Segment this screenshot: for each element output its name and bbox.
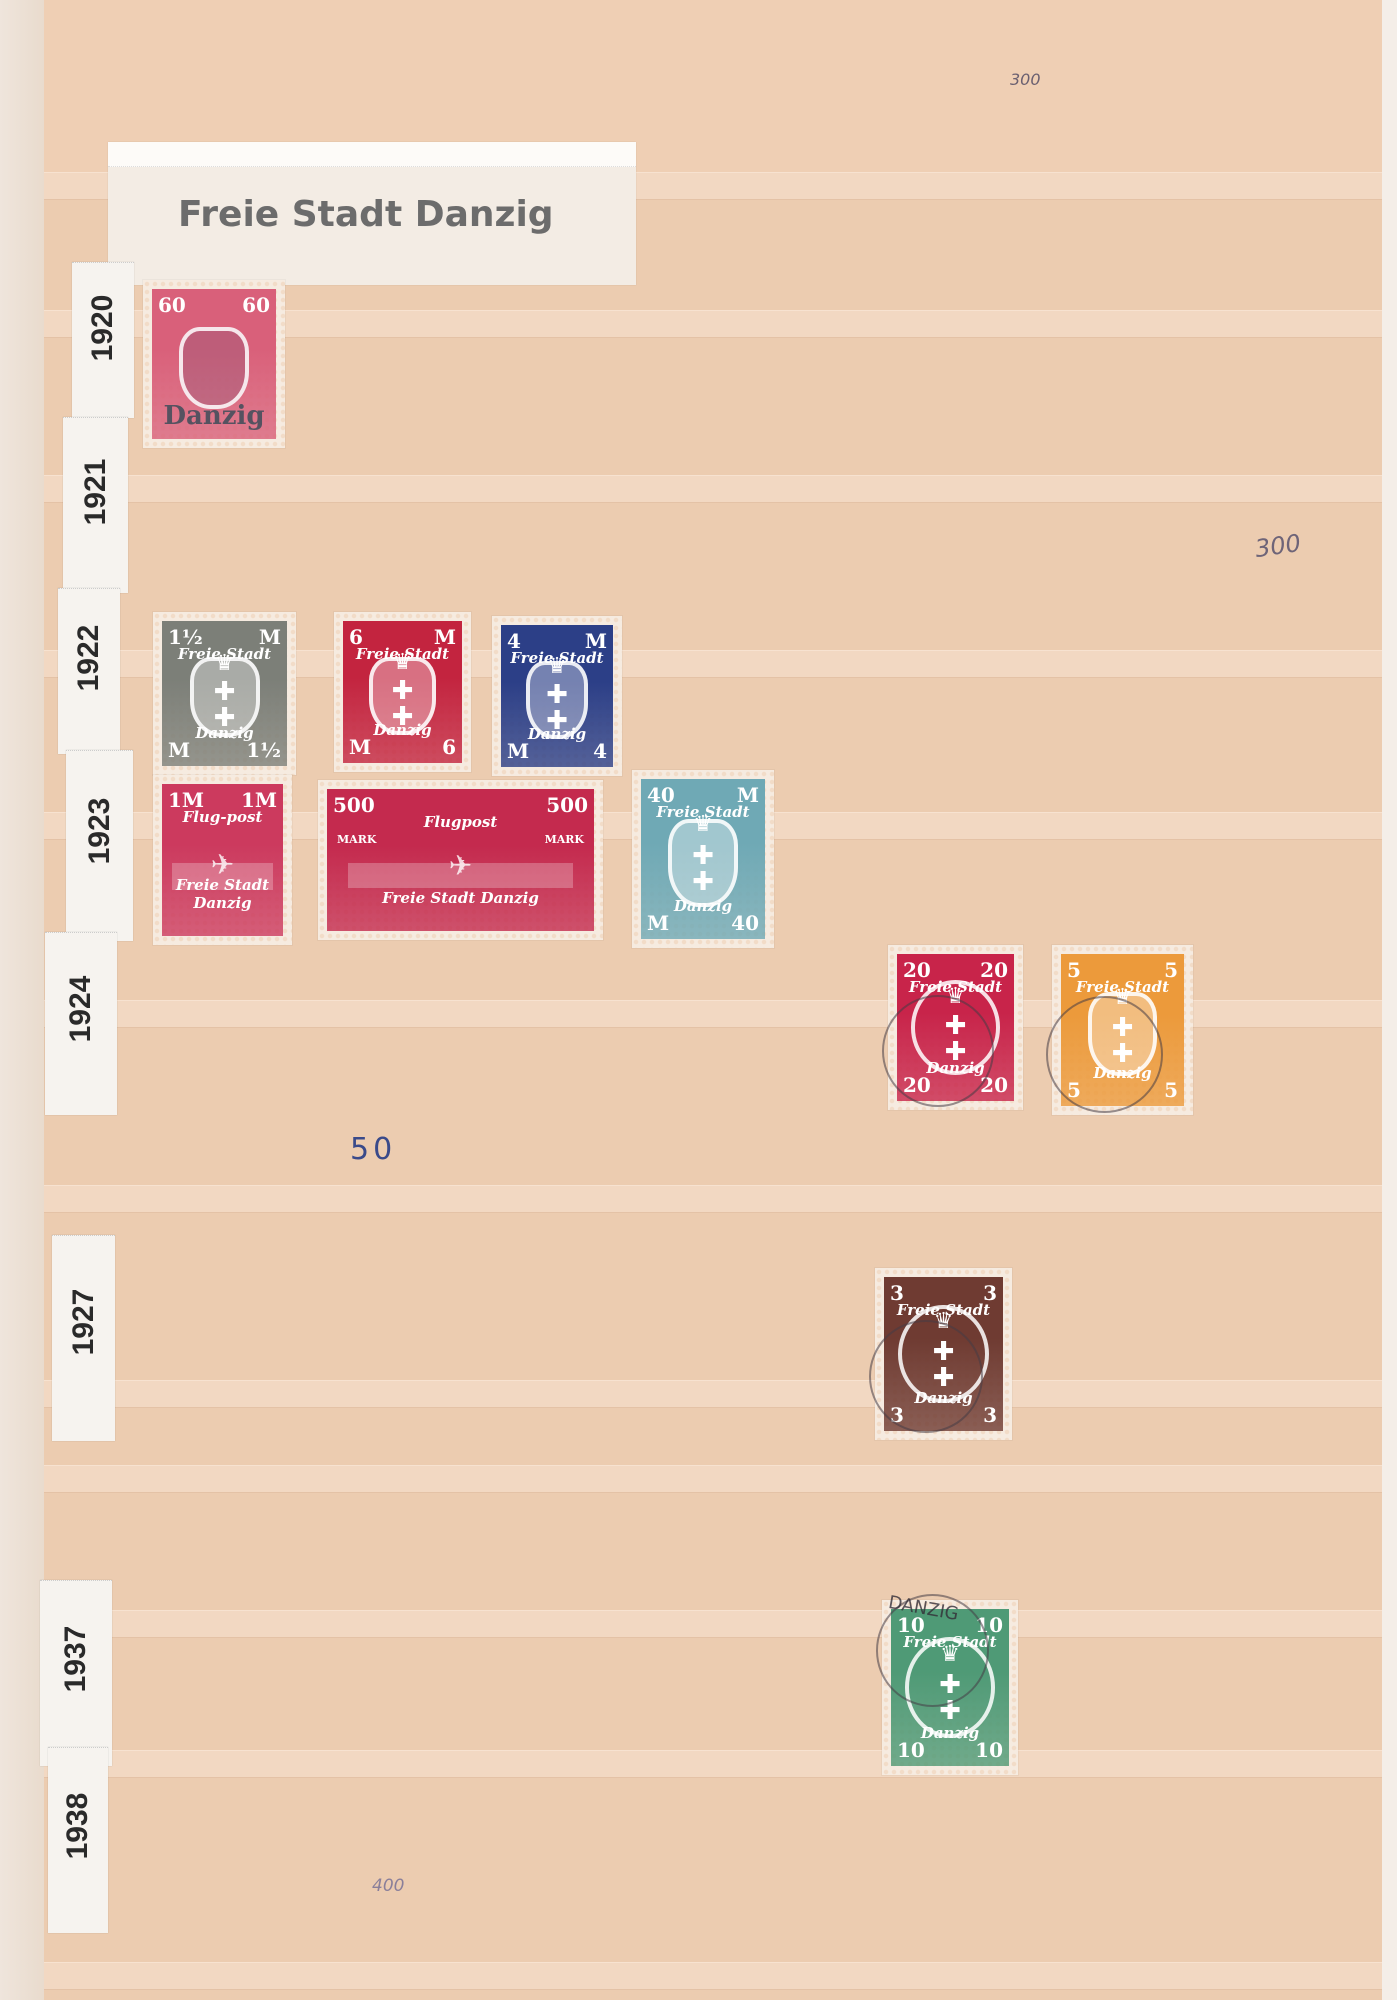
stamp-legend: Freie Stadt — [897, 978, 1014, 996]
stamp-legend: Danzig — [343, 721, 462, 739]
denomination: 60 — [242, 293, 270, 317]
glassine-strip — [44, 1610, 1382, 1751]
glassine-strip — [44, 1380, 1382, 1466]
year-label-1922: 1922 — [58, 588, 120, 754]
glassine-strip — [44, 1185, 1382, 1381]
stamp-legend: Freie Stadt — [343, 645, 462, 663]
stamp-1922: 1½MM1½♛✚✚Freie StadtDanzig — [153, 612, 296, 775]
stamp-1923: 500500MARKMARKFlugpost✈Freie Stadt Danzi… — [318, 780, 603, 940]
danzig-crosses-icon: ✚✚ — [692, 843, 714, 895]
year-text: 1937 — [59, 1625, 93, 1692]
glassine-strip — [44, 1750, 1382, 1963]
stamp-1923: 1M1MFlug-post✈Freie Stadt Danzig — [153, 775, 292, 945]
album-right-edge — [1382, 0, 1397, 2000]
pencil-note-price: 300 — [1010, 70, 1041, 89]
currency-label: MARK — [545, 833, 584, 846]
album-title-label: Freie Stadt Danzig — [108, 142, 636, 285]
year-text: 1923 — [83, 797, 117, 864]
label-top-edge — [108, 142, 636, 167]
germania-figure — [179, 327, 248, 410]
strip-lip — [44, 476, 1382, 503]
stamp-design: 4MM4♛✚✚Freie StadtDanzig — [501, 625, 613, 767]
stamp-legend: Freie Stadt Danzig — [162, 876, 283, 912]
pencil-note-price: 400 — [372, 1876, 404, 1896]
stamp-legend: Freie Stadt — [1061, 978, 1184, 996]
stamp-legend: Freie Stadt — [884, 1301, 1003, 1319]
album-left-margin — [0, 0, 44, 2000]
postmark-cancel — [882, 995, 994, 1107]
denomination: 60 — [158, 293, 186, 317]
year-text: 1922 — [72, 625, 106, 692]
year-label-1927: 1927 — [52, 1235, 115, 1441]
stamp-1924: 5555♛✚✚Freie StadtDanzig — [1052, 945, 1193, 1115]
stamp-legend: Danzig — [501, 725, 613, 743]
stamp-1927: 3333♛✚✚Freie StadtDanzig — [875, 1268, 1012, 1440]
stamp-legend: Freie Stadt — [501, 649, 613, 667]
stamp-1922: 6MM6♛✚✚Freie StadtDanzig — [334, 612, 471, 772]
stamp-legend: Danzig — [162, 724, 287, 742]
strip-lip — [44, 1381, 1382, 1408]
year-text: 1924 — [64, 976, 98, 1043]
currency-label: MARK — [337, 833, 376, 846]
year-label-1921: 1921 — [63, 417, 128, 593]
city-skyline — [348, 863, 572, 889]
postmark-text: DANZIG — [887, 1592, 960, 1625]
stamp-1920: 6060Danzig — [143, 280, 285, 448]
stamp-design: 500500MARKMARKFlugpost✈Freie Stadt Danzi… — [327, 789, 594, 931]
year-text: 1920 — [86, 295, 120, 362]
stamp-legend: Freie Stadt — [162, 645, 287, 663]
year-label-1938: 1938 — [48, 1747, 108, 1933]
strip-lip — [44, 1963, 1382, 1990]
year-text: 1921 — [79, 458, 113, 525]
stamp-design: 40MM40♛✚✚Freie StadtDanzig — [641, 779, 765, 939]
overprint-text: Danzig — [152, 401, 276, 431]
stamp-1923: 40MM40♛✚✚Freie StadtDanzig — [632, 770, 774, 948]
year-label-1923: 1923 — [66, 750, 133, 941]
stamp-legend: Freie Stadt — [641, 803, 765, 821]
strip-lip — [44, 1466, 1382, 1493]
pen-note-price: 50 — [350, 1132, 396, 1167]
stamp-legend: Danzig — [641, 897, 765, 915]
stamp-1924: 20202020♛✚✚Freie StadtDanzig — [888, 945, 1023, 1110]
year-text: 1927 — [67, 1289, 101, 1356]
stamp-design: 1M1MFlug-post✈Freie Stadt Danzig — [162, 784, 283, 936]
album-title: Freie Stadt Danzig — [178, 194, 554, 235]
stamp-1922: 4MM4♛✚✚Freie StadtDanzig — [492, 616, 622, 776]
year-label-1924: 1924 — [45, 932, 117, 1115]
glassine-strip — [44, 1962, 1382, 2000]
stamp-legend: Flug-post — [162, 808, 283, 826]
year-label-1920: 1920 — [72, 262, 134, 418]
strip-lip — [44, 1611, 1382, 1638]
stamp-legend: Freie Stadt Danzig — [327, 889, 594, 907]
stamp-legend: Flugpost — [327, 813, 594, 831]
strip-lip — [44, 1186, 1382, 1213]
stamp-design: 6MM6♛✚✚Freie StadtDanzig — [343, 621, 462, 763]
year-label-1937: 1937 — [40, 1580, 112, 1766]
year-text: 1938 — [61, 1792, 95, 1859]
postmark-cancel — [1046, 996, 1163, 1113]
stamp-legend: Danzig — [891, 1724, 1009, 1742]
stamp-design: 1½MM1½♛✚✚Freie StadtDanzig — [162, 621, 287, 766]
strip-lip — [44, 1751, 1382, 1778]
postmark-cancel: DANZIG — [876, 1594, 989, 1707]
glassine-strip — [44, 1465, 1382, 1611]
postmark-cancel — [869, 1320, 983, 1434]
stamp-1937: 10101010♛✚✚Freie StadtDanzigDANZIG — [882, 1600, 1018, 1775]
stamp-design: 6060Danzig — [152, 289, 276, 439]
